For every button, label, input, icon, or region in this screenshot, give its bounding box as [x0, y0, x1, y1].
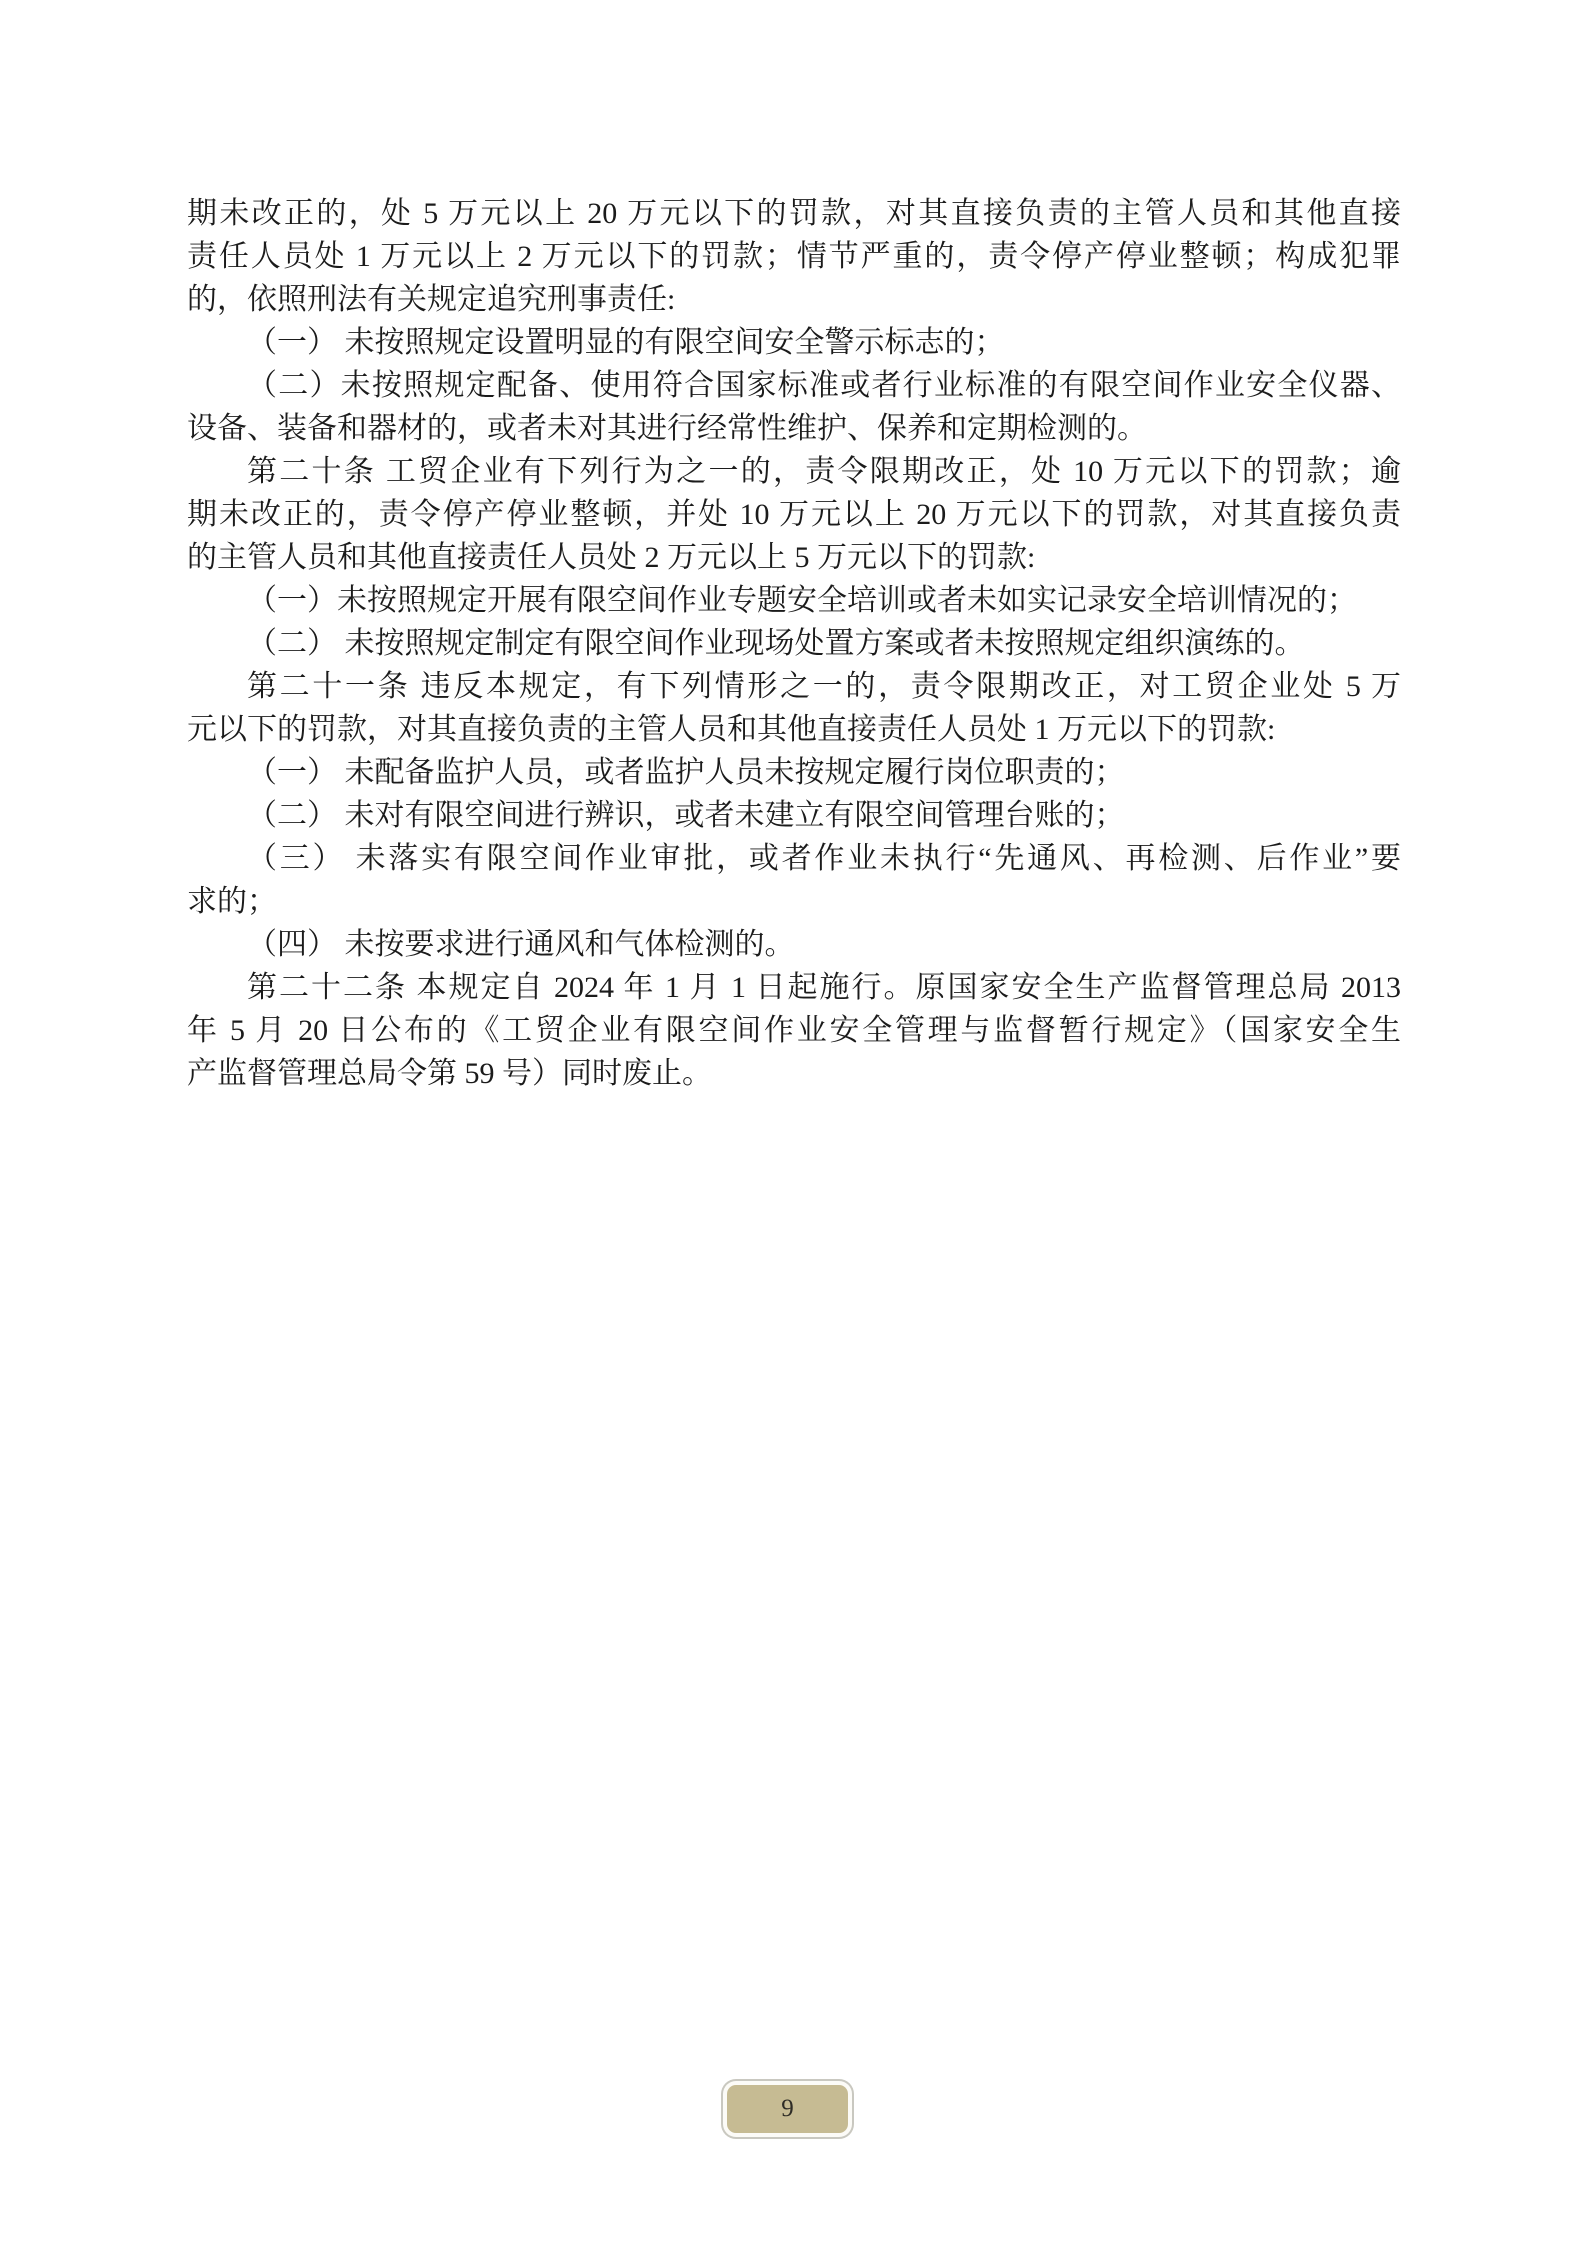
document-text: 期未改正的，处 5 万元以上 20 万元以下的罚款，对其直接负责的主管人员和其他… — [187, 192, 1401, 1095]
text-line: 第二十二条 本规定自 2024 年 1 月 1 日起施行。原国家安全生产监督管理… — [187, 966, 1401, 1009]
text-line: （一） 未配备监护人员，或者监护人员未按规定履行岗位职责的； — [187, 751, 1401, 794]
text-line: 第二十条 工贸企业有下列行为之一的，责令限期改正，处 10 万元以下的罚款；逾 — [187, 450, 1401, 493]
text-line: 元以下的罚款，对其直接负责的主管人员和其他直接责任人员处 1 万元以下的罚款: — [187, 708, 1401, 751]
page-number-badge: 9 — [727, 2085, 848, 2133]
text-line: （二）未按照规定配备、使用符合国家标准或者行业标准的有限空间作业安全仪器、 — [187, 364, 1401, 407]
text-line: （二） 未按照规定制定有限空间作业现场处置方案或者未按照规定组织演练的。 — [187, 622, 1401, 665]
text-line: 的，依照刑法有关规定追究刑事责任: — [187, 278, 1401, 321]
text-line: （三） 未落实有限空间作业审批，或者作业未执行“先通风、再检测、后作业”要 — [187, 837, 1401, 880]
text-line: （一）未按照规定开展有限空间作业专题安全培训或者未如实记录安全培训情况的； — [187, 579, 1401, 622]
text-line: 产监督管理总局令第 59 号）同时废止。 — [187, 1052, 1401, 1095]
text-line: （四） 未按要求进行通风和气体检测的。 — [187, 923, 1401, 966]
text-line: 期未改正的，处 5 万元以上 20 万元以下的罚款，对其直接负责的主管人员和其他… — [187, 192, 1401, 235]
text-line: 责任人员处 1 万元以上 2 万元以下的罚款；情节严重的，责令停产停业整顿；构成… — [187, 235, 1401, 278]
text-line: 第二十一条 违反本规定，有下列情形之一的，责令限期改正，对工贸企业处 5 万 — [187, 665, 1401, 708]
document-page: 期未改正的，处 5 万元以上 20 万元以下的罚款，对其直接负责的主管人员和其他… — [0, 0, 1588, 2257]
text-line: 求的； — [187, 880, 1401, 923]
text-line: 年 5 月 20 日公布的《工贸企业有限空间作业安全管理与监督暂行规定》（国家安… — [187, 1009, 1401, 1052]
page-number: 9 — [781, 2095, 794, 2123]
text-line: 期未改正的，责令停产停业整顿，并处 10 万元以上 20 万元以下的罚款，对其直… — [187, 493, 1401, 536]
text-line: （二） 未对有限空间进行辨识，或者未建立有限空间管理台账的； — [187, 794, 1401, 837]
text-line: （一） 未按照规定设置明显的有限空间安全警示标志的； — [187, 321, 1401, 364]
text-line: 设备、装备和器材的，或者未对其进行经常性维护、保养和定期检测的。 — [187, 407, 1401, 450]
text-line: 的主管人员和其他直接责任人员处 2 万元以上 5 万元以下的罚款: — [187, 536, 1401, 579]
